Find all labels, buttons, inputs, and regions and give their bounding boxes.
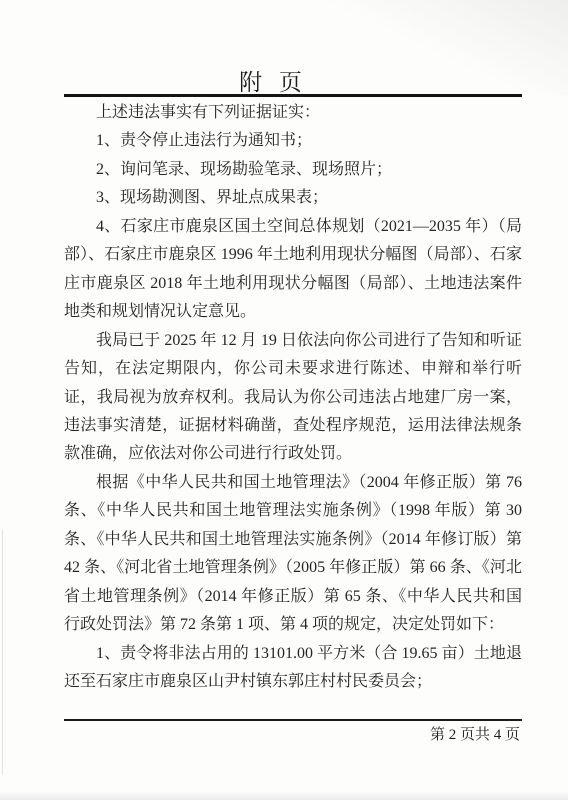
paragraph-penalty-decision-1: 1、责令将非法占用的 13101.00 平方米（合 19.65 亩）土地退还至石… (64, 640, 522, 697)
paragraph-evidence-item-4: 4、石家庄市鹿泉区国土空间总体规划（2021—2035 年）（局部）、石家庄市鹿… (64, 213, 522, 327)
paragraph-legal-basis: 根据《中华人民共和国土地管理法》（2004 年修正版）第 76 条、《中华人民共… (64, 469, 522, 640)
paragraph-notification-and-hearing: 我局已于 2025 年 12 月 19 日依法向你公司进行了告知和听证告知，在法… (64, 327, 522, 469)
paragraph-evidence-item-2: 2、询问笔录、现场勘验笔录、现场照片； (64, 156, 522, 184)
scanned-document-page: 附 页 上述违法事实有下列证据证实： 1、责令停止违法行为通知书； 2、询问笔录… (0, 0, 568, 800)
title-divider-line (64, 94, 522, 97)
paragraph-evidence-intro: 上述违法事实有下列证据证实： (64, 99, 522, 127)
page-title: 附 页 (42, 64, 500, 97)
paragraph-evidence-item-1: 1、责令停止违法行为通知书； (64, 127, 522, 155)
document-body: 上述违法事实有下列证据证实： 1、责令停止违法行为通知书； 2、询问笔录、现场勘… (64, 99, 522, 697)
page-number: 第 2 页共 4 页 (64, 723, 520, 744)
paragraph-evidence-item-3: 3、现场勘测图、界址点成果表； (64, 184, 522, 212)
footer-divider-line (64, 719, 522, 721)
scan-edge-artifact (2, 530, 3, 775)
